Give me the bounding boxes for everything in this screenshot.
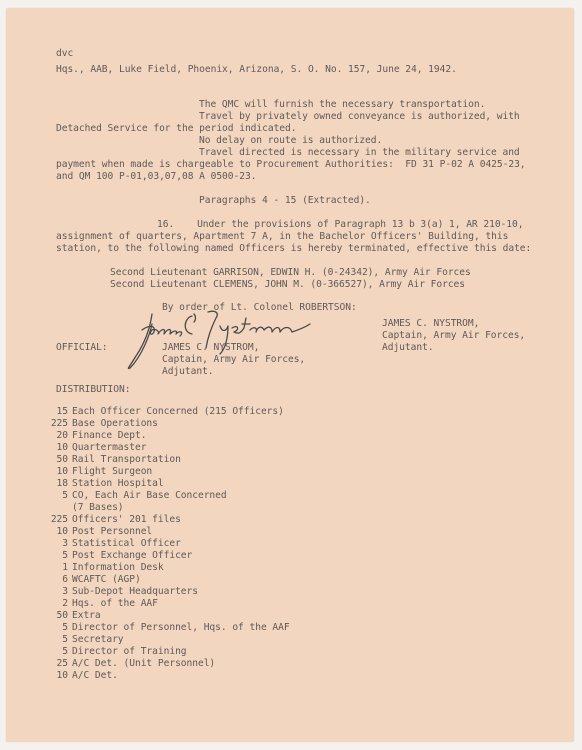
distribution-item: 225Officers' 201 files [48, 514, 181, 526]
distribution-item: 5Director of Training [48, 646, 187, 658]
distribution-item: 18Station Hospital [48, 478, 164, 490]
para-travel-private-2: Detached Service for the period indicate… [56, 123, 297, 135]
para-16-line-3: station, to the following named Officers… [56, 243, 531, 255]
distribution-item: 3Sub-Depot Headquarters [48, 586, 198, 598]
distribution-item: (7 Bases) [48, 502, 124, 514]
official-label: OFFICIAL: [56, 342, 108, 354]
distribution-item: 5CO, Each Air Base Concerned [48, 490, 227, 502]
order-header: Hqs., AAB, Luke Field, Phoenix, Arizona,… [56, 64, 457, 76]
officer-garrison: Second Lieutenant GARRISON, EDWIN H. (0-… [110, 267, 471, 279]
distribution-item: 50Rail Transportation [48, 454, 181, 466]
para-travel-directed-2: payment when made is chargeable to Procu… [56, 159, 526, 171]
distribution-item: 6WCAFTC (AGP) [48, 574, 141, 586]
right-signer-rank: Captain, Army Air Forces, [382, 330, 525, 342]
distribution-item: 10Post Personnel [48, 526, 152, 538]
typist-initials: dvc [56, 48, 73, 60]
distribution-item: 225Base Operations [48, 418, 158, 430]
para-travel-directed-3: and QM 100 P-01,03,07,08 A 0500-23. [56, 171, 256, 183]
distribution-item: 2Hqs. of the AAF [48, 598, 158, 610]
distribution-item: 15Each Officer Concerned (215 Officers) [48, 406, 284, 418]
distribution-item: 5Post Exchange Officer [48, 550, 192, 562]
distribution-item: 25A/C Det. (Unit Personnel) [48, 658, 215, 670]
para-travel-private-1: Travel by privately owned conveyance is … [199, 111, 520, 123]
para-16-line-2: assignment of quarters, Apartment 7 A, i… [56, 231, 508, 243]
distribution-item: 10Flight Surgeon [48, 466, 152, 478]
para-qmc: The QMC will furnish the necessary trans… [199, 99, 485, 111]
document-page: dvc Hqs., AAB, Luke Field, Phoenix, Ariz… [6, 8, 574, 742]
distribution-item: 3Statistical Officer [48, 538, 181, 550]
paragraphs-extracted: Paragraphs 4 - 15 (Extracted). [199, 195, 371, 207]
distribution-list: 15Each Officer Concerned (215 Officers) … [48, 406, 368, 696]
distribution-item: 10A/C Det. [48, 670, 118, 682]
para-no-delay: No delay on route is authorized. [199, 135, 382, 147]
right-signer-title: Adjutant. [382, 342, 434, 354]
distribution-label: DISTRIBUTION: [56, 384, 130, 396]
left-signer-rank: Captain, Army Air Forces, [162, 354, 305, 366]
distribution-item: 5Director of Personnel, Hqs. of the AAF [48, 622, 290, 634]
distribution-item: 5Secretary [48, 634, 124, 646]
officer-clemens: Second Lieutenant CLEMENS, JOHN M. (0-36… [110, 279, 465, 291]
distribution-item: 1Information Desk [48, 562, 164, 574]
left-signer-title: Adjutant. [162, 366, 214, 378]
right-signer-name: JAMES C. NYSTROM, [382, 318, 479, 330]
distribution-item: 50Extra [48, 610, 101, 622]
para-travel-directed-1: Travel directed is necessary in the mili… [199, 147, 520, 159]
para-16-line-1: 16. Under the provisions of Paragraph 13… [157, 219, 523, 231]
left-signer-name: JAMES C. NYSTROM, [162, 342, 259, 354]
distribution-item: 20Finance Dept. [48, 430, 146, 442]
distribution-item: 10Quartermaster [48, 442, 146, 454]
